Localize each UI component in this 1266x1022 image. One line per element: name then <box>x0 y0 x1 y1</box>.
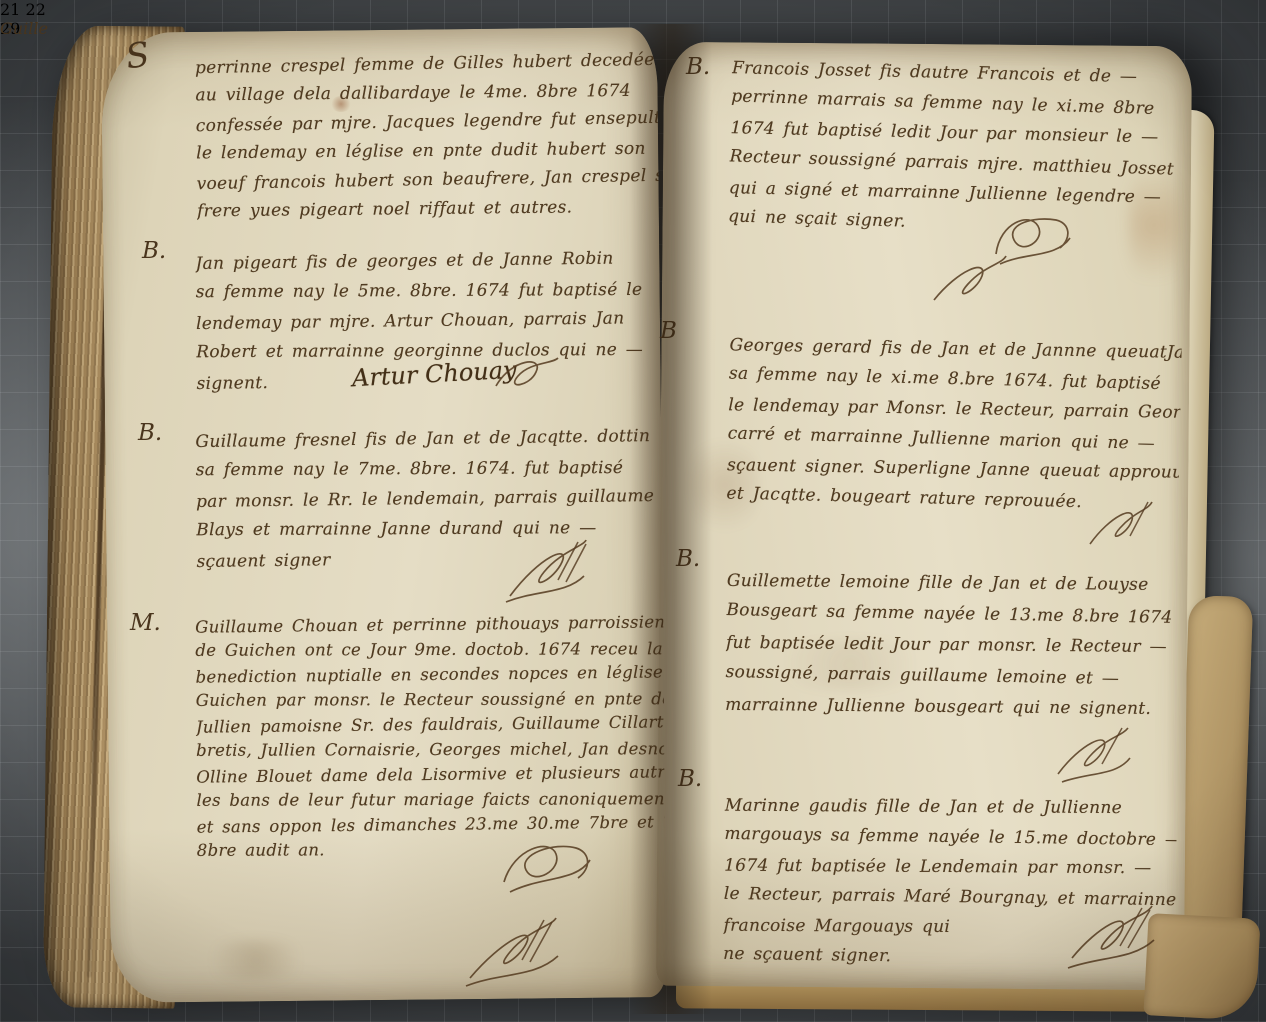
entry-line: le Recteur, parrais Maré Bourgnay, et ma… <box>724 879 1176 915</box>
struck-text: Jannne queuatJacq. bougeart <box>1035 340 1182 364</box>
struck-text: bougeart rature reprouuée. <box>830 486 1082 512</box>
entry-line: par monsr. le Rr. le lendemain, parrais … <box>196 481 658 517</box>
entry-line: Marinne gaudis fille de Jan et de Jullie… <box>725 791 1177 824</box>
entry-line: marrainne Jullienne bousgeart qui ne sig… <box>725 690 1177 725</box>
entry-line: sçauent signer <box>196 541 658 576</box>
entry-line: francoise Margouays qui <box>723 911 1175 944</box>
entry-line: sa femme nay le 5me. 8bre. 1674 fut bapt… <box>196 275 658 307</box>
entry-line: frere yues pigeart noel riffaut et autre… <box>197 193 659 227</box>
entry-line: Guillaume Chouan et perrinne pithouays p… <box>195 610 663 639</box>
entry-line: benediction nuptialle en secondes nopces… <box>195 659 663 689</box>
baptism-entry-fresnel: Guillaume fresnel fis de Jan et de Jacqt… <box>195 422 658 576</box>
marriage-entry-chouan-pithouays: Guillaume Chouan et perrinne pithouays p… <box>195 610 665 863</box>
entry-line: margouays sa femme nayée le 15.me doctob… <box>724 819 1176 855</box>
entry-line: 1674 fut baptisée le Lendemain par monsr… <box>724 851 1176 884</box>
entry-line: lendemay par mjre. Artur Chouan, parrais… <box>196 303 658 339</box>
entry-text: Georges gerard fis de Jan et de <box>729 335 1035 360</box>
entry-line: sa femme nay le 7me. 8bre. 1674. fut bap… <box>196 453 658 485</box>
entry-text: et Jacqtte. <box>726 483 830 506</box>
archival-photo: 21 22 Guille 29 S perrinne crespel femme… <box>0 0 1266 1022</box>
entry-line: Guillaume fresnel fis de Jan et de Jacqt… <box>195 422 657 457</box>
entry-line: Guichen par monsr. le Recteur soussigné … <box>196 686 664 713</box>
entry-line: de Guichen ont ce Jour 9me. doctob. 1674… <box>195 636 663 663</box>
entry-line: ne sçauent signer. <box>723 939 1175 975</box>
baptism-entry-lemoine: Guillemette lemoine fille de Jan et de L… <box>725 565 1179 726</box>
burial-entry-crespel: perrinne crespel femme de Gilles hubert … <box>195 47 659 227</box>
margin-letter-b: B <box>660 318 677 344</box>
entry-line: les bans de leur futur mariage faicts ca… <box>196 786 664 813</box>
entry-line: Jan pigeart fis de georges et de Janne R… <box>195 244 657 279</box>
baptism-entry-gerard: Georges gerard fis de Jan et de Jannne q… <box>726 329 1182 518</box>
entry-line: Jullien pamoisne Sr. des fauldrais, Guil… <box>196 709 664 739</box>
margin-letter-b: B. <box>678 766 702 792</box>
entry-line: et sans oppon les dimanches 23.me 30.me … <box>196 809 664 839</box>
margin-letter-b: B. <box>676 546 700 572</box>
margin-letter-b: B. <box>686 54 710 80</box>
baptism-entry-josset: Francois Josset fis dautre Francois et d… <box>728 52 1179 244</box>
interline-correction: Jannne queuat <box>1035 340 1167 362</box>
catchword: Guille <box>0 19 48 38</box>
entry-line: Olline Blouet dame dela Lisormive et plu… <box>196 759 664 789</box>
margin-letter-b: B. <box>142 238 166 264</box>
struck-name: Jacq. bougeart <box>1167 343 1182 365</box>
entry-line: Blays et marrainne Janne durand qui ne — <box>196 513 658 545</box>
margin-letter-b: B. <box>138 420 162 446</box>
baptism-entry-gaudis: Marinne gaudis fille de Jan et de Jullie… <box>723 790 1177 975</box>
entry-line: bretis, Jullien Cornaisrie, Georges mich… <box>196 736 664 763</box>
margin-letter-m: M. <box>130 610 161 636</box>
entry-line: 8bre audit an. <box>197 836 665 863</box>
